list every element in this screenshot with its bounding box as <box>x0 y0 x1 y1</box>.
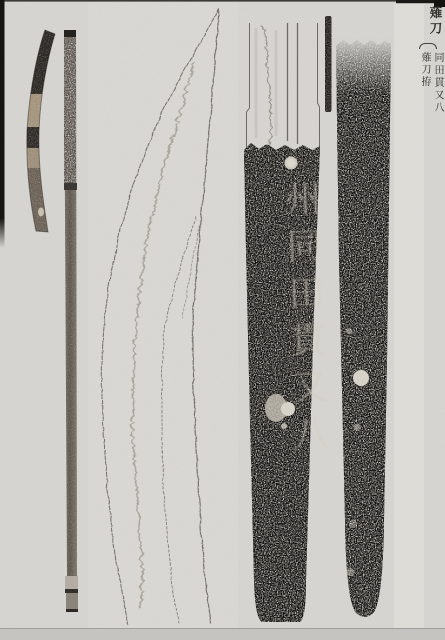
omote-mekugi-ana-2 <box>281 402 295 416</box>
shaft-collar-band <box>64 183 77 190</box>
ura-spot-4 <box>346 568 354 576</box>
caption-bracket <box>419 43 437 49</box>
naginata-shaft-photo <box>64 30 78 612</box>
omote-bright-spot <box>281 423 287 429</box>
omote-mekugi-ana-1-core <box>287 159 295 167</box>
ura-mune-strip-texture <box>325 16 332 112</box>
shaft-inlay-light-texture <box>64 37 76 185</box>
film-edge-left <box>0 0 5 248</box>
ura-top-fade <box>334 38 394 93</box>
shaft-butt-cap <box>66 593 78 611</box>
ura-spot-3 <box>349 520 357 528</box>
caption-smith-name: 同田貫又八 <box>432 52 442 115</box>
bottom-band-edge <box>0 628 445 629</box>
ura-mekugi-ana <box>353 370 369 386</box>
ura-spot-2 <box>354 424 361 431</box>
caption-mounting-label: 薙刀拵 <box>419 52 429 88</box>
saya-label-spot <box>38 208 44 217</box>
shaft-ring-groove <box>65 589 78 593</box>
shaft-ring-fitting <box>65 576 78 590</box>
shaft-butt-edge <box>66 609 78 612</box>
ura-spot-1 <box>346 328 352 334</box>
page-edge-top <box>0 0 445 2</box>
plate-artwork <box>0 0 445 640</box>
caption-title: 薙刀 <box>429 6 442 37</box>
page-edge-bottom <box>0 629 445 640</box>
plate-caption: 薙刀 同田貫又八 薙刀拵 <box>399 0 445 150</box>
shaft-top-cap <box>64 30 76 37</box>
scanned-book-page: 州同田貫又八 薙刀 同田貫又八 薙刀拵 <box>0 0 445 640</box>
shaft-wood-texture <box>64 190 77 578</box>
